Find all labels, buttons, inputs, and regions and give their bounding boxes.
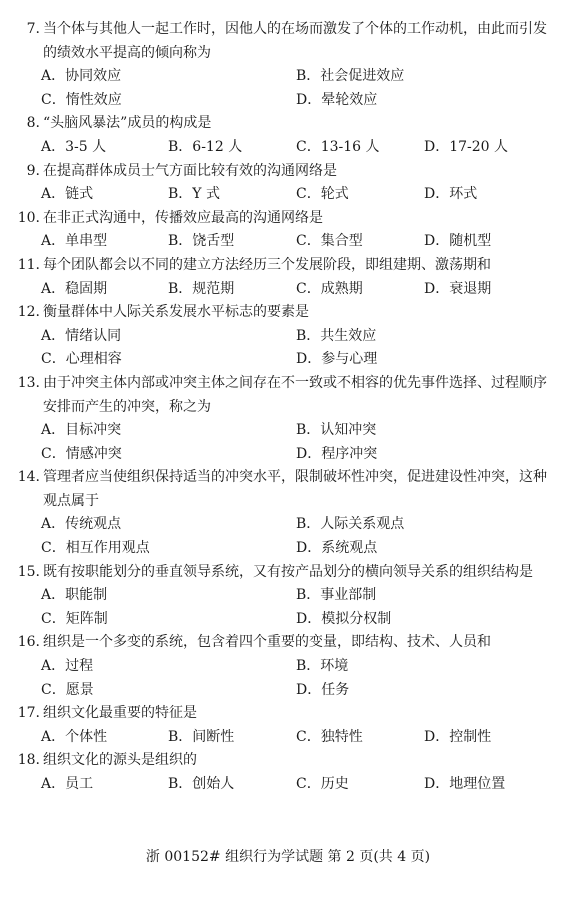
option-a: A．稳固期 bbox=[41, 278, 107, 302]
option-b: B．6-12 人 bbox=[168, 136, 242, 160]
option-d: D．晕轮效应 bbox=[296, 89, 377, 113]
option-c: C．愿景 bbox=[41, 679, 94, 703]
question-number: 13. bbox=[0, 372, 40, 396]
option-c: C．独特性 bbox=[296, 726, 363, 750]
question-10: 10.在非正式沟通中，传播效应最高的沟通网络是A．单串型B．饶舌型C．集合型D．… bbox=[0, 207, 576, 254]
question-8: 8.“头脑风暴法”成员的构成是A．3-5 人B．6-12 人C．13-16 人D… bbox=[0, 112, 576, 159]
options-row: C．相互作用观点D．系统观点 bbox=[0, 537, 576, 561]
question-stem: 15.既有按职能划分的垂直领导系统，又有按产品划分的横向领导关系的组织结构是 bbox=[0, 561, 576, 585]
question-text: 在非正式沟通中，传播效应最高的沟通网络是 bbox=[43, 210, 323, 226]
option-a: A．3-5 人 bbox=[41, 136, 106, 160]
question-stem: 10.在非正式沟通中，传播效应最高的沟通网络是 bbox=[0, 207, 576, 231]
question-number: 8. bbox=[0, 112, 40, 136]
options-row: C．惰性效应D．晕轮效应 bbox=[0, 89, 576, 113]
options-row: A．协同效应B．社会促进效应 bbox=[0, 65, 576, 89]
question-18: 18.组织文化的源头是组织的A．员工B．创始人C．历史D．地理位置 bbox=[0, 749, 576, 796]
question-number: 18. bbox=[0, 749, 40, 773]
question-number: 15. bbox=[0, 561, 40, 585]
options-row: C．矩阵制D．模拟分权制 bbox=[0, 608, 576, 632]
option-a: A．情绪认同 bbox=[41, 325, 121, 349]
question-text: 每个团队都会以不同的建立方法经历三个发展阶段，即组建期、激荡期和 bbox=[43, 257, 491, 273]
question-stem: 7.当个体与其他人一起工作时，因他人的在场而激发了个体的工作动机，由此而引发的绩… bbox=[0, 18, 576, 65]
question-stem: 14.管理者应当使组织保持适当的冲突水平，限制破坏性冲突，促进建设性冲突，这种观… bbox=[0, 466, 576, 513]
question-text: 组织是一个多变的系统，包含着四个重要的变量，即结构、技术、人员和 bbox=[43, 634, 491, 650]
option-d: D．地理位置 bbox=[424, 773, 505, 797]
option-b: B．饶舌型 bbox=[168, 230, 234, 254]
option-a: A．传统观点 bbox=[41, 513, 121, 537]
option-c: C．情感冲突 bbox=[41, 443, 122, 467]
question-7: 7.当个体与其他人一起工作时，因他人的在场而激发了个体的工作动机，由此而引发的绩… bbox=[0, 18, 576, 112]
option-d: D．环式 bbox=[424, 183, 477, 207]
option-c: C．13-16 人 bbox=[296, 136, 380, 160]
option-a: A．链式 bbox=[41, 183, 93, 207]
option-b: B．创始人 bbox=[168, 773, 234, 797]
question-text: 由于冲突主体内部或冲突主体之间存在不一致或不相容的优先事件选择、过程顺序安排而产… bbox=[43, 375, 547, 415]
question-text: 既有按职能划分的垂直领导系统，又有按产品划分的横向领导关系的组织结构是 bbox=[43, 564, 533, 580]
question-stem: 16.组织是一个多变的系统，包含着四个重要的变量，即结构、技术、人员和 bbox=[0, 631, 576, 655]
option-c: C．矩阵制 bbox=[41, 608, 108, 632]
question-number: 9. bbox=[0, 160, 40, 184]
options-row: A．情绪认同B．共生效应 bbox=[0, 325, 576, 349]
options-row: A．职能制B．事业部制 bbox=[0, 584, 576, 608]
question-text: 组织文化的源头是组织的 bbox=[43, 752, 197, 768]
option-b: B．人际关系观点 bbox=[296, 513, 404, 537]
option-c: C．相互作用观点 bbox=[41, 537, 150, 561]
option-b: B．事业部制 bbox=[296, 584, 376, 608]
option-d: D．模拟分权制 bbox=[296, 608, 391, 632]
question-stem: 11.每个团队都会以不同的建立方法经历三个发展阶段，即组建期、激荡期和 bbox=[0, 254, 576, 278]
question-number: 12. bbox=[0, 301, 40, 325]
question-16: 16.组织是一个多变的系统，包含着四个重要的变量，即结构、技术、人员和A．过程B… bbox=[0, 631, 576, 702]
question-text: 在提高群体成员士气方面比较有效的沟通网络是 bbox=[43, 163, 337, 179]
question-stem: 18.组织文化的源头是组织的 bbox=[0, 749, 576, 773]
option-c: C．心理相容 bbox=[41, 348, 122, 372]
question-17: 17.组织文化最重要的特征是A．个体性B．间断性C．独特性D．控制性 bbox=[0, 702, 576, 749]
options-row: A．链式B．Y 式C．轮式D．环式 bbox=[0, 183, 576, 207]
question-number: 16. bbox=[0, 631, 40, 655]
options-row: C．愿景D．任务 bbox=[0, 679, 576, 703]
options-row: A．目标冲突B．认知冲突 bbox=[0, 419, 576, 443]
option-c: C．惰性效应 bbox=[41, 89, 122, 113]
option-d: D．任务 bbox=[296, 679, 349, 703]
options-row: A．传统观点B．人际关系观点 bbox=[0, 513, 576, 537]
option-a: A．单串型 bbox=[41, 230, 107, 254]
exam-page: 7.当个体与其他人一起工作时，因他人的在场而激发了个体的工作动机，由此而引发的绩… bbox=[0, 18, 576, 797]
option-d: D．衰退期 bbox=[424, 278, 491, 302]
question-number: 7. bbox=[0, 18, 40, 42]
option-d: D．系统观点 bbox=[296, 537, 377, 561]
option-a: A．职能制 bbox=[41, 584, 107, 608]
question-number: 10. bbox=[0, 207, 40, 231]
page-footer: 浙 00152# 组织行为学试题 第 2 页(共 4 页) bbox=[0, 846, 576, 866]
question-text: 衡量群体中人际关系发展水平标志的要素是 bbox=[43, 304, 309, 320]
option-b: B．认知冲突 bbox=[296, 419, 376, 443]
option-b: B．间断性 bbox=[168, 726, 234, 750]
question-text: 当个体与其他人一起工作时，因他人的在场而激发了个体的工作动机，由此而引发的绩效水… bbox=[43, 21, 547, 61]
question-stem: 17.组织文化最重要的特征是 bbox=[0, 702, 576, 726]
question-number: 11. bbox=[0, 254, 40, 278]
option-a: A．员工 bbox=[41, 773, 93, 797]
question-11: 11.每个团队都会以不同的建立方法经历三个发展阶段，即组建期、激荡期和A．稳固期… bbox=[0, 254, 576, 301]
options-row: A．个体性B．间断性C．独特性D．控制性 bbox=[0, 726, 576, 750]
options-row: A．过程B．环境 bbox=[0, 655, 576, 679]
question-stem: 9.在提高群体成员士气方面比较有效的沟通网络是 bbox=[0, 160, 576, 184]
options-row: A．稳固期B．规范期C．成熟期D．衰退期 bbox=[0, 278, 576, 302]
option-d: D．随机型 bbox=[424, 230, 491, 254]
option-a: A．过程 bbox=[41, 655, 93, 679]
option-c: C．成熟期 bbox=[296, 278, 363, 302]
question-stem: 12.衡量群体中人际关系发展水平标志的要素是 bbox=[0, 301, 576, 325]
question-number: 17. bbox=[0, 702, 40, 726]
options-row: A．3-5 人B．6-12 人C．13-16 人D．17-20 人 bbox=[0, 136, 576, 160]
option-a: A．个体性 bbox=[41, 726, 107, 750]
option-b: B．社会促进效应 bbox=[296, 65, 404, 89]
option-b: B．环境 bbox=[296, 655, 348, 679]
options-row: A．单串型B．饶舌型C．集合型D．随机型 bbox=[0, 230, 576, 254]
option-d: D．程序冲突 bbox=[296, 443, 377, 467]
option-a: A．协同效应 bbox=[41, 65, 121, 89]
option-d: D．17-20 人 bbox=[424, 136, 508, 160]
option-b: B．Y 式 bbox=[168, 183, 220, 207]
options-row: A．员工B．创始人C．历史D．地理位置 bbox=[0, 773, 576, 797]
question-15: 15.既有按职能划分的垂直领导系统，又有按产品划分的横向领导关系的组织结构是A．… bbox=[0, 561, 576, 632]
option-b: B．共生效应 bbox=[296, 325, 376, 349]
question-text: 组织文化最重要的特征是 bbox=[43, 705, 197, 721]
option-a: A．目标冲突 bbox=[41, 419, 121, 443]
question-13: 13.由于冲突主体内部或冲突主体之间存在不一致或不相容的优先事件选择、过程顺序安… bbox=[0, 372, 576, 466]
question-text: 管理者应当使组织保持适当的冲突水平，限制破坏性冲突，促进建设性冲突，这种观点属于 bbox=[43, 469, 547, 509]
question-stem: 13.由于冲突主体内部或冲突主体之间存在不一致或不相容的优先事件选择、过程顺序安… bbox=[0, 372, 576, 419]
options-row: C．心理相容D．参与心理 bbox=[0, 348, 576, 372]
option-d: D．控制性 bbox=[424, 726, 491, 750]
question-stem: 8.“头脑风暴法”成员的构成是 bbox=[0, 112, 576, 136]
question-14: 14.管理者应当使组织保持适当的冲突水平，限制破坏性冲突，促进建设性冲突，这种观… bbox=[0, 466, 576, 560]
option-c: C．集合型 bbox=[296, 230, 363, 254]
question-9: 9.在提高群体成员士气方面比较有效的沟通网络是A．链式B．Y 式C．轮式D．环式 bbox=[0, 160, 576, 207]
option-b: B．规范期 bbox=[168, 278, 234, 302]
option-c: C．历史 bbox=[296, 773, 349, 797]
option-c: C．轮式 bbox=[296, 183, 349, 207]
question-12: 12.衡量群体中人际关系发展水平标志的要素是A．情绪认同B．共生效应C．心理相容… bbox=[0, 301, 576, 372]
question-text: “头脑风暴法”成员的构成是 bbox=[43, 115, 211, 131]
question-number: 14. bbox=[0, 466, 40, 490]
option-d: D．参与心理 bbox=[296, 348, 377, 372]
options-row: C．情感冲突D．程序冲突 bbox=[0, 443, 576, 467]
